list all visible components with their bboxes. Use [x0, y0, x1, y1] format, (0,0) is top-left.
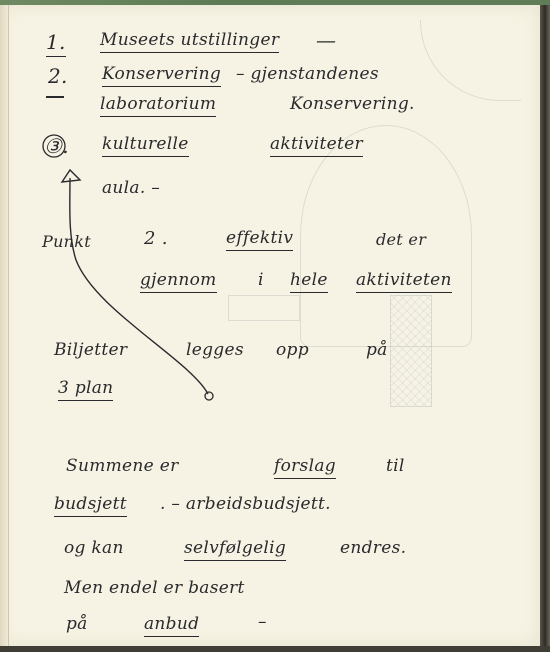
arrow-origin-circle-icon — [205, 392, 213, 400]
arrowhead-icon — [62, 170, 80, 182]
arrow-annotation — [0, 0, 550, 652]
curved-arrow-line — [70, 178, 208, 394]
circle-around-3-icon — [43, 135, 65, 157]
